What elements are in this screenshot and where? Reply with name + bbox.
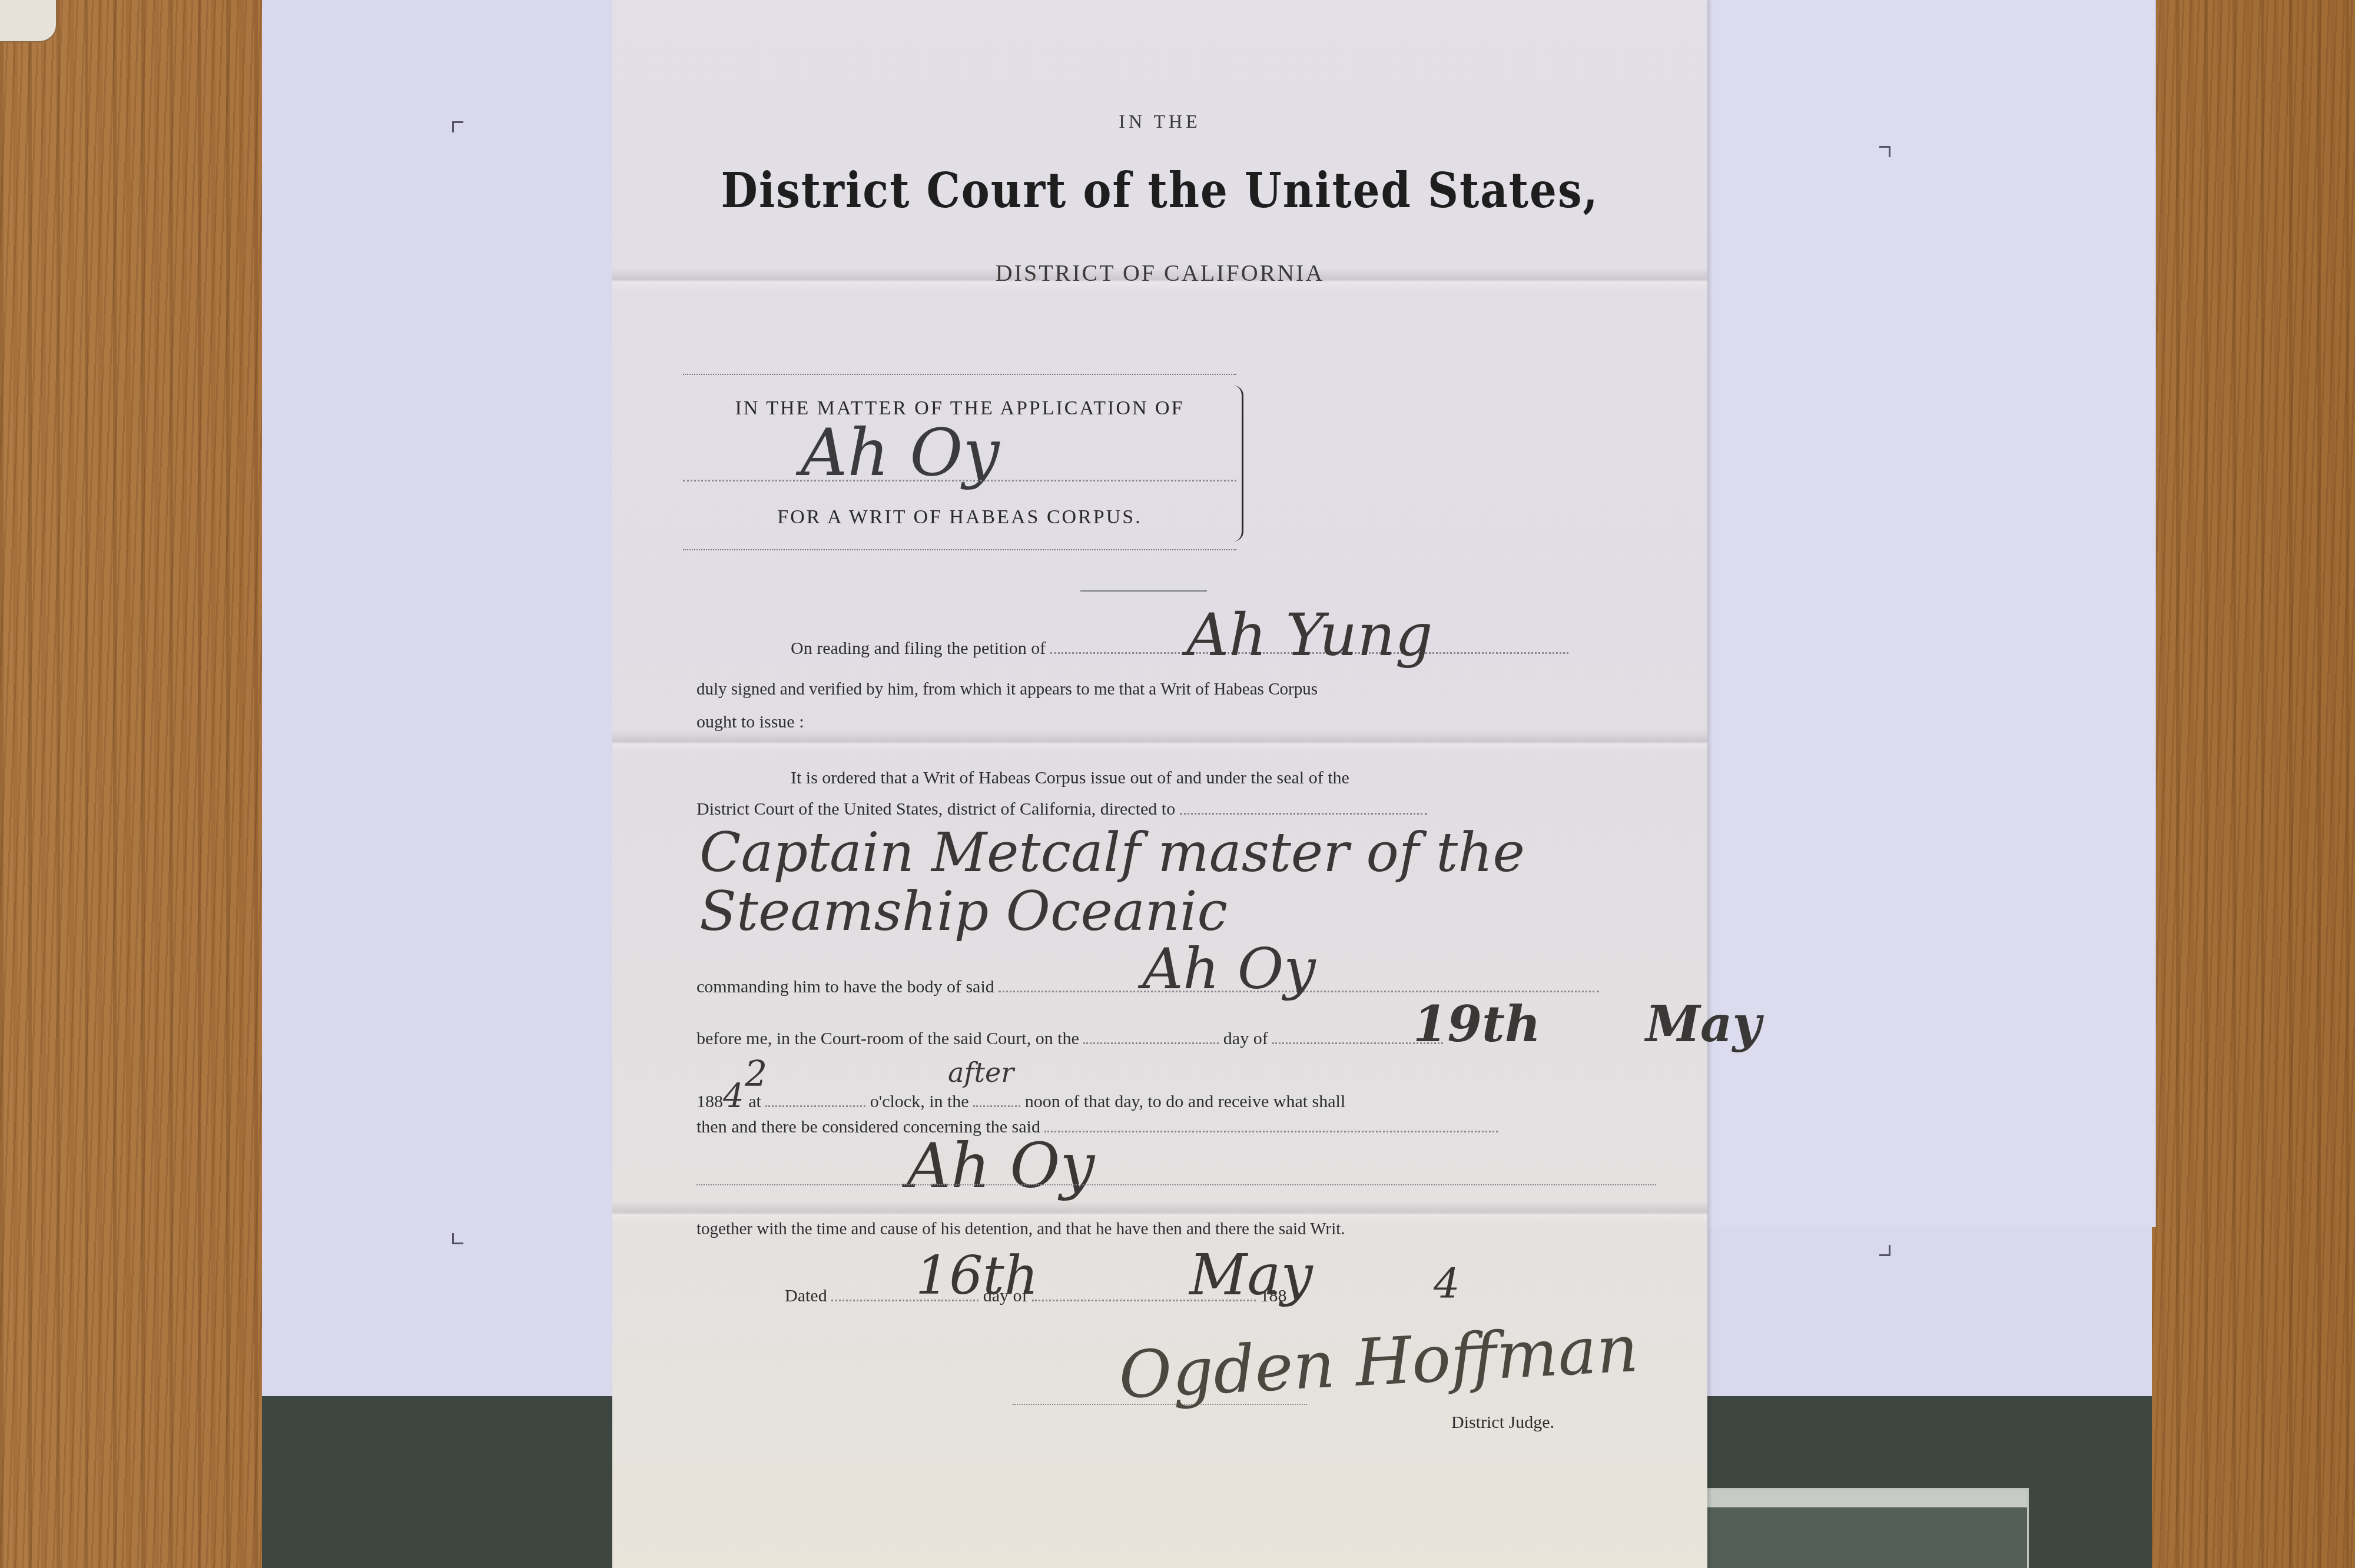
crop-mark-top-right xyxy=(1879,146,1890,157)
petition-prefix: On reading and filing the petition of xyxy=(791,639,1046,658)
judge-signature-handwritten: Ogden Hoffman xyxy=(1117,1311,1640,1413)
year-prefix: 188 xyxy=(696,1092,723,1111)
applicant-name-handwritten: Ah Oy xyxy=(801,415,1000,490)
application-box: IN THE MATTER OF THE APPLICATION OF Ah O… xyxy=(683,374,1236,550)
crop-mark-top-left xyxy=(452,121,463,132)
directed-to-handwritten-1: Captain Metcalf master of the xyxy=(699,821,1525,884)
noon-prefix-handwritten: after xyxy=(948,1057,1014,1088)
crop-mark-bottom-left xyxy=(452,1233,463,1244)
petitioner-name-handwritten: Ah Yung xyxy=(1186,600,1433,669)
year-suffix-handwritten: 4 xyxy=(723,1077,744,1115)
considered-line: then and there be considered concerning … xyxy=(696,1117,1656,1137)
day-dotted-line xyxy=(1083,1040,1219,1044)
paragraph2-line2: District Court of the United States, dis… xyxy=(696,799,1656,819)
together-line: together with the time and cause of his … xyxy=(696,1220,1656,1239)
box-top-rule xyxy=(683,374,1236,375)
hearing-month-handwritten: May xyxy=(1646,995,1761,1053)
directed-to-handwritten-2: Steamship Oceanic xyxy=(699,880,1228,943)
directed-to-label: District Court of the United States, dis… xyxy=(696,799,1175,819)
writ-document: IN THE District Court of the United Stat… xyxy=(612,0,1707,1568)
dated-day-handwritten: 16th xyxy=(916,1245,1039,1307)
separator-rule xyxy=(1080,590,1207,592)
time-line: 1884 at o'clock, in the noon of that day… xyxy=(696,1077,1656,1115)
fold-line xyxy=(612,730,1707,753)
considered-dotted-line xyxy=(1044,1128,1498,1132)
commanding-prefix: commanding him to have the body of said xyxy=(696,977,994,996)
dated-month-handwritten: May xyxy=(1189,1242,1313,1308)
before-me-prefix: before me, in the Court-room of the said… xyxy=(696,1029,1079,1048)
paragraph1-line2: duly signed and verified by him, from wh… xyxy=(696,680,1656,699)
dated-label: Dated xyxy=(785,1286,827,1305)
corner-card xyxy=(0,0,57,42)
header-in-the: IN THE xyxy=(612,111,1707,132)
brace-bracket xyxy=(1233,386,1243,542)
hearing-day-handwritten: 19th xyxy=(1413,995,1541,1053)
paragraph1-line3: ought to issue : xyxy=(696,712,1656,732)
paragraph2-line1: It is ordered that a Writ of Habeas Corp… xyxy=(696,768,1750,788)
application-line-2: FOR A WRIT OF HABEAS CORPUS. xyxy=(683,506,1236,529)
day-of-label: day of xyxy=(1223,1029,1268,1048)
directed-to-dotted-line xyxy=(1180,810,1427,815)
backing-sheet-right xyxy=(1701,0,2156,1227)
hour-handwritten: 2 xyxy=(745,1054,767,1095)
oclock-label: o'clock, in the xyxy=(870,1092,969,1111)
hour-dotted-line xyxy=(765,1103,865,1107)
crop-mark-bottom-right xyxy=(1879,1245,1890,1256)
concerning-dotted-line xyxy=(696,1184,1656,1185)
district-heading: DISTRICT OF CALIFORNIA xyxy=(612,259,1707,287)
concerning-name-handwritten: Ah Oy xyxy=(907,1130,1094,1202)
noon-suffix: noon of that day, to do and receive what… xyxy=(1025,1092,1346,1111)
applicant-dotted-line xyxy=(683,480,1236,481)
body-of-name-handwritten: Ah Oy xyxy=(1142,936,1316,1002)
court-title: District Court of the United States, xyxy=(612,161,1707,219)
dated-year-suffix-handwritten: 4 xyxy=(1434,1260,1460,1308)
noon-dotted-line xyxy=(973,1103,1020,1107)
district-judge-label: District Judge. xyxy=(1451,1413,1554,1433)
box-bottom-rule xyxy=(683,549,1236,550)
